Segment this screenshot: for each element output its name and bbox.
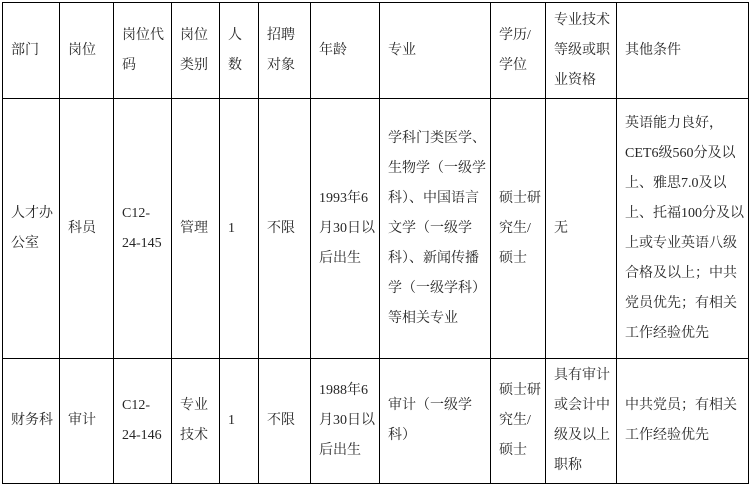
header-cell-qualification: 专业技术等级或职业资格 — [546, 3, 617, 99]
cell-position: 审计 — [60, 359, 114, 484]
cell-other-conditions: 英语能力良好，CET6级560分及以上、雅思7.0及以上、托福100分及以上或专… — [617, 99, 749, 359]
cell-headcount: 1 — [220, 99, 259, 359]
cell-education-degree: 硕士研究生/硕士 — [491, 99, 546, 359]
cell-age: 1988年6月30日以后出生 — [311, 359, 380, 484]
cell-age: 1993年6月30日以后出生 — [311, 99, 380, 359]
header-cell-education-degree: 学历/学位 — [491, 3, 546, 99]
table-row: 财务科 审计 C12-24-146 专业技术 1 不限 1988年6月30日以后… — [3, 359, 749, 484]
cell-department: 人才办公室 — [3, 99, 60, 359]
cell-position: 科员 — [60, 99, 114, 359]
cell-recruitment-target: 不限 — [259, 99, 311, 359]
header-cell-position-category: 岗位类别 — [172, 3, 220, 99]
recruitment-table: 部门 岗位 岗位代码 岗位类别 人数 招聘对象 年龄 专业 学历/学位 专业技术… — [2, 2, 749, 484]
cell-headcount: 1 — [220, 359, 259, 484]
cell-position-category: 专业技术 — [172, 359, 220, 484]
cell-education-degree: 硕士研究生/硕士 — [491, 359, 546, 484]
header-cell-position-code: 岗位代码 — [114, 3, 172, 99]
header-cell-age: 年龄 — [311, 3, 380, 99]
cell-major: 学科门类医学、生物学（一级学科）、中国语言文学（一级学科）、新闻传播学（一级学科… — [380, 99, 491, 359]
header-cell-major: 专业 — [380, 3, 491, 99]
cell-position-code: C12-24-145 — [114, 99, 172, 359]
header-cell-recruitment-target: 招聘对象 — [259, 3, 311, 99]
cell-position-code: C12-24-146 — [114, 359, 172, 484]
cell-qualification: 具有审计或会计中级及以上职称 — [546, 359, 617, 484]
header-cell-other-conditions: 其他条件 — [617, 3, 749, 99]
cell-recruitment-target: 不限 — [259, 359, 311, 484]
header-cell-headcount: 人数 — [220, 3, 259, 99]
cell-major: 审计（一级学科） — [380, 359, 491, 484]
cell-department: 财务科 — [3, 359, 60, 484]
header-row: 部门 岗位 岗位代码 岗位类别 人数 招聘对象 年龄 专业 学历/学位 专业技术… — [3, 3, 749, 99]
table-row: 人才办公室 科员 C12-24-145 管理 1 不限 1993年6月30日以后… — [3, 99, 749, 359]
page-body: 部门 岗位 岗位代码 岗位类别 人数 招聘对象 年龄 专业 学历/学位 专业技术… — [0, 0, 750, 486]
cell-position-category: 管理 — [172, 99, 220, 359]
cell-qualification: 无 — [546, 99, 617, 359]
header-cell-department: 部门 — [3, 3, 60, 99]
header-cell-position: 岗位 — [60, 3, 114, 99]
cell-other-conditions: 中共党员；有相关工作经验优先 — [617, 359, 749, 484]
